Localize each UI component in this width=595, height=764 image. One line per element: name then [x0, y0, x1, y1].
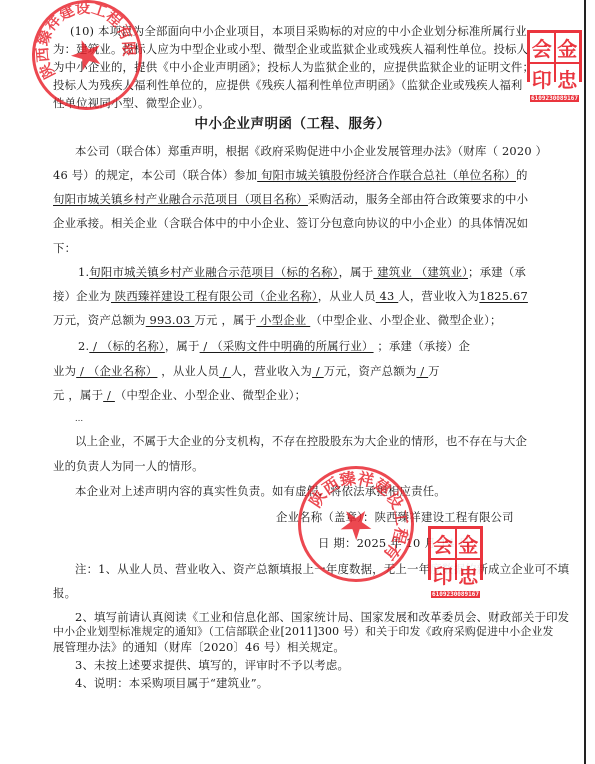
item2-size: /: [103, 388, 115, 402]
note-2-line-1: 2、填写前请认真阅读《工业和信息化部、国家统计局、国家发展和改革委员会、财政部关…: [75, 610, 569, 624]
item1-assets: 993.03: [146, 313, 195, 327]
declaration-line-4: 企业承接。相关企业（含联合体中的中小企业、签订分包意向协议的中小企业）的具体情况…: [53, 216, 528, 230]
item1-number: 1.: [78, 265, 89, 279]
item1-company: 陕西臻祥建设工程有限公司（企业名称）: [111, 289, 318, 303]
item2-staff: /: [219, 364, 231, 378]
declaration-line-2: 46 号）的规定，本公司（联合体）参加 旬阳市城关镇股份经济合作联合总社（单位名…: [53, 168, 528, 182]
item2-number: 2.: [78, 339, 89, 353]
unit-name: 旬阳市城关镇股份经济合作联合总社（单位名称）: [257, 168, 516, 182]
statement-line-1: 以上企业，不属于大企业的分支机构，不存在控股股东为大企业的情形，也不存在与大企: [75, 434, 527, 448]
item2-line-3: 元 ，属于 / （中型企业、小型企业、微型企业）；: [53, 388, 306, 402]
seal-char: 忠: [556, 64, 580, 93]
item1-line-1: 1.旬阳市城关镇乡村产业融合示范项目（标的名称），属于 建筑业 （建筑业）；承建…: [78, 265, 526, 279]
item1-company-label: 接）企业为: [53, 289, 111, 303]
item2-staff-label: ，从业人员: [157, 364, 219, 378]
project-name: 旬阳市城关镇乡村产业融合示范项目（项目名称）: [53, 192, 308, 206]
item1-belongs-label: ，属于: [339, 265, 374, 279]
statement-line-2: 业的负责人为同一人的情形。: [53, 459, 204, 473]
page-title: 中小企业声明函（工程、服务）: [0, 112, 585, 132]
seal-char: 金: [556, 33, 580, 62]
item1-assets-label: 万元，资产总额为: [53, 313, 146, 327]
item2-size-label: 元 ，属于: [53, 388, 103, 402]
item2-assets-label: 万元，资产总额为: [324, 364, 417, 378]
item2-industry: / （采购文件中明确的所属行业）: [200, 339, 374, 353]
item2-line-2: 业为 / （企业名称） ，从业人员 / 人，营业收入为 / 万元，资产总额为 /…: [53, 364, 440, 378]
item1-staff-label: ，从业人员: [318, 289, 376, 303]
note-3: 3、未按上述要求提供、填写的，评审时不予以考虑。: [75, 658, 349, 672]
item1-size-options: （中型企业、小型企业、微型企业）；: [310, 313, 501, 327]
item1-subject: 旬阳市城关镇乡村产业融合示范项目（标的名称）: [89, 265, 338, 279]
declaration-line-1: 本公司（联合体）郑重声明，根据《政府采购促进中小企业发展管理办法》（财库（ 20…: [75, 144, 547, 158]
declaration-line-2-prefix: 46 号）的规定，本公司（联合体）参加: [53, 168, 257, 182]
seal-char: 金: [457, 529, 481, 558]
seal-char: 会: [431, 529, 455, 558]
seal-code: 6109230089167: [431, 591, 480, 598]
note-4: 4、说明：本采购项目属于“建筑业”。: [75, 676, 268, 690]
declaration-line-3-suffix: 采购活动，服务全部由符合政策要求的中小: [308, 192, 528, 206]
item2-wan: 万: [428, 364, 440, 378]
item2-line-1: 2. / （标的名称），属于 / （采购文件中明确的所属行业） ；承建（承接）企: [78, 339, 470, 353]
seal-char: 忠: [457, 560, 481, 589]
note-2-line-2: 中小企业划型标准规定的通知》（工信部联企业[2011]300 号）和关于印发《政…: [53, 625, 554, 639]
item2-revenue: /: [312, 364, 324, 378]
item1-size-label: 万元 ，属于: [194, 313, 256, 327]
item2-size-options: （中型企业、小型企业、微型企业）；: [115, 388, 306, 402]
seal-char: 印: [530, 64, 554, 93]
item2-contractor-label: ；承建（承接）企: [374, 339, 471, 353]
item2-subject: / （标的名称）: [89, 339, 165, 353]
seal-code: 6109230089167: [530, 95, 579, 102]
item1-line-2: 接）企业为 陕西臻祥建设工程有限公司（企业名称），从业人员 43 人，营业收入为…: [53, 289, 528, 303]
seal-char: 会: [530, 33, 554, 62]
document-page: (10) 本项目为全部面向中小企业项目，本项目采购标的对应的中小企业划分标准所属…: [0, 0, 595, 764]
item2-company: / （企业名称）: [76, 364, 157, 378]
item2-company-label: 业为: [53, 364, 76, 378]
seal-char: 印: [431, 560, 455, 589]
item1-revenue: 1825.67: [479, 289, 528, 303]
personal-seal-bottom: 会 金 印 忠 6109230089167: [428, 526, 483, 580]
declaration-line-3: 旬阳市城关镇乡村产业融合示范项目（项目名称）采购活动，服务全部由符合政策要求的中…: [53, 192, 528, 206]
personal-seal-top: 会 金 印 忠 6109230089167: [527, 30, 582, 82]
item2-revenue-label: 人，营业收入为: [231, 364, 312, 378]
item1-staff: 43: [376, 289, 399, 303]
item1-line-3: 万元，资产总额为 993.03 万元 ，属于 小型企业 （中型企业、小型企业、微…: [53, 313, 502, 327]
ellipsis: ...: [75, 412, 83, 426]
declaration-line-5: 下：: [53, 241, 76, 255]
item1-industry: 建筑业 （建筑业）: [373, 265, 468, 279]
note-1-line-2: 报。: [53, 586, 76, 600]
item1-size: 小型企业: [256, 313, 310, 327]
item1-revenue-label: 人，营业收入为: [398, 289, 479, 303]
item1-contractor-label: ；承建（承: [468, 265, 526, 279]
company-seal-bottom: 陕西臻祥建设工程有限公司 ★: [275, 443, 437, 605]
item2-belongs-label: ，属于: [165, 339, 200, 353]
note-2-line-3: 展管理办法》的通知（财库〔2020〕46 号）相关规定。: [53, 640, 345, 654]
declaration-line-2-suffix: 的: [516, 168, 528, 182]
item2-assets: /: [416, 364, 428, 378]
